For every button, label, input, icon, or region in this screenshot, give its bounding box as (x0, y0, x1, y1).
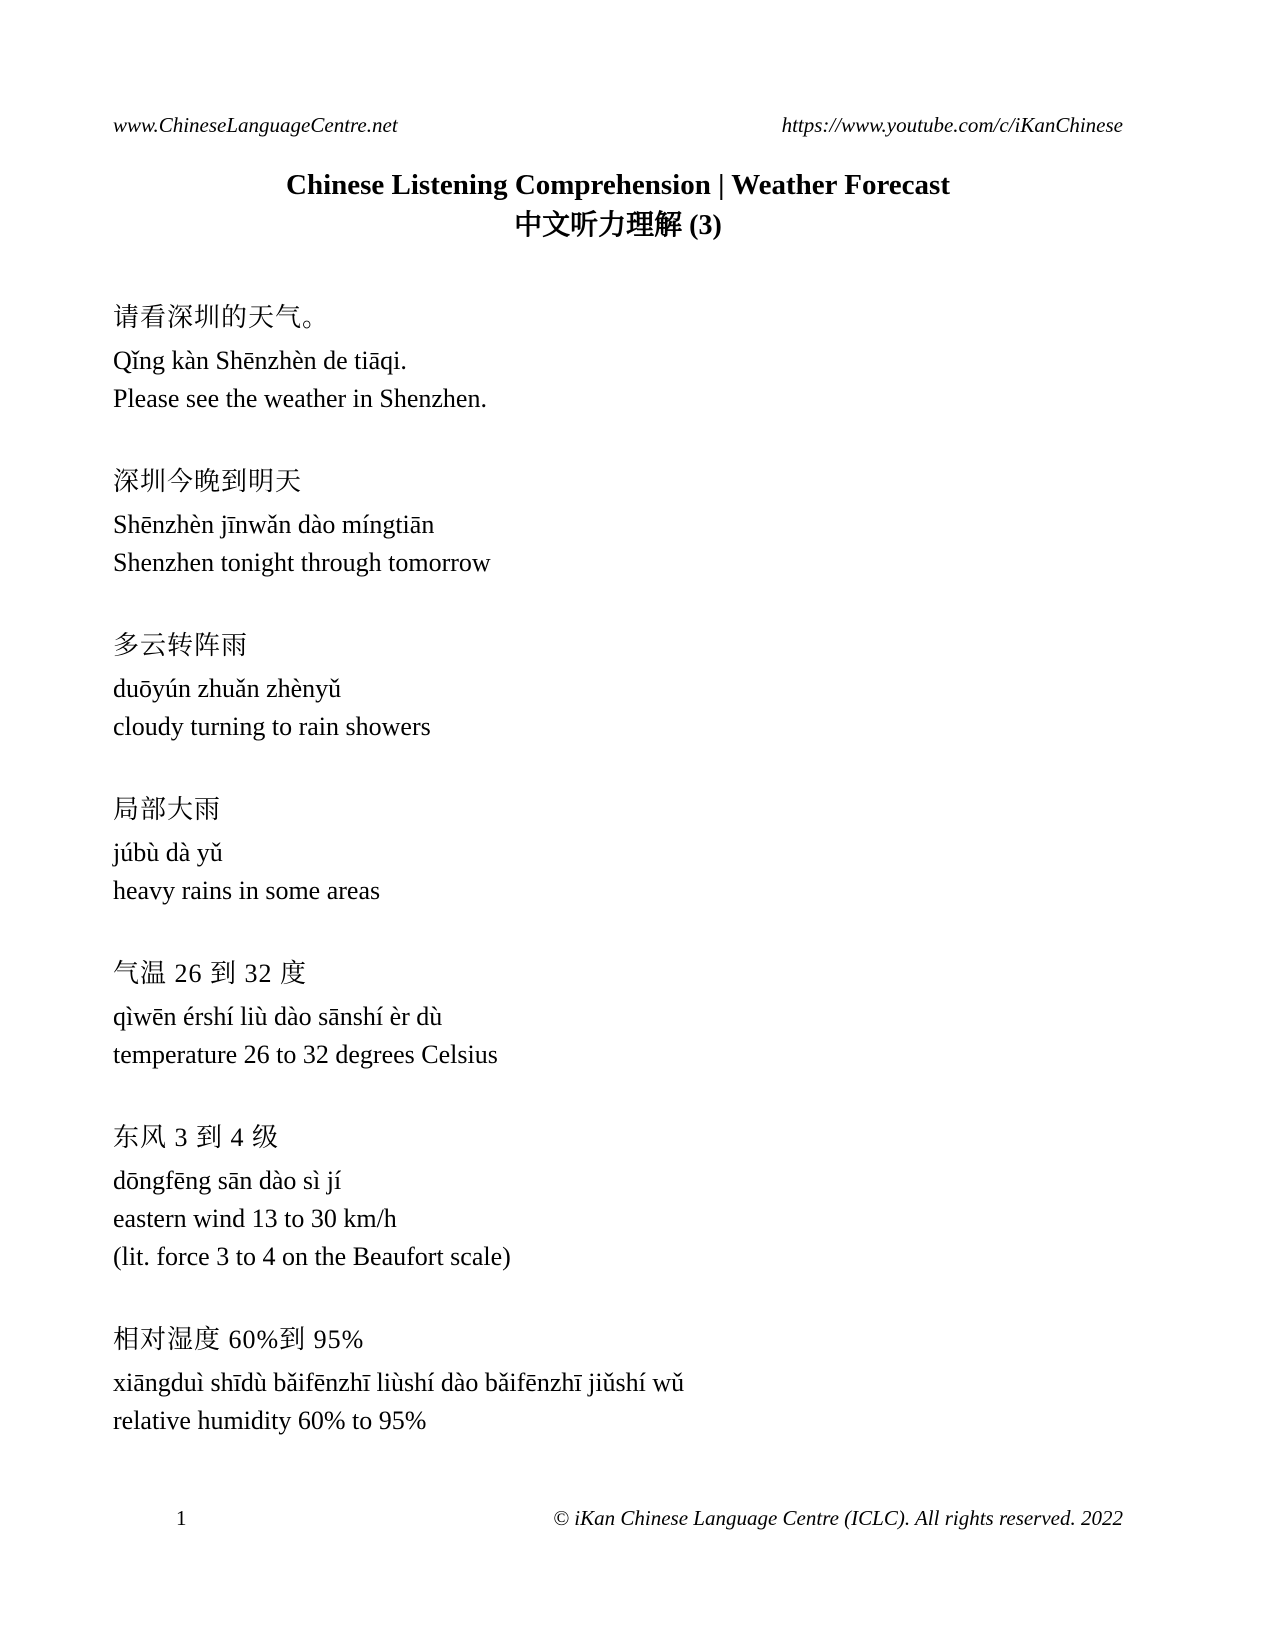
page-number: 1 (176, 1505, 187, 1532)
document-title: Chinese Listening Comprehension | Weathe… (113, 168, 1123, 202)
page-footer: 1 © iKan Chinese Language Centre (ICLC).… (113, 1505, 1123, 1532)
forecast-block-5: 气温 26 到 32 度 qìwēn érshí liù dào sānshí … (113, 949, 1123, 1074)
hanzi-line: 多云转阵雨 (113, 621, 1123, 670)
pinyin-line: Qǐng kàn Shēnzhèn de tiāqi. (113, 342, 1123, 380)
forecast-block-4: 局部大雨 júbù dà yǔ heavy rains in some area… (113, 785, 1123, 910)
pinyin-line: júbù dà yǔ (113, 834, 1123, 872)
english-line: cloudy turning to rain showers (113, 708, 1123, 746)
english-line: relative humidity 60% to 95% (113, 1402, 1123, 1440)
hanzi-line: 局部大雨 (113, 785, 1123, 834)
literal-note-line: (lit. force 3 to 4 on the Beaufort scale… (113, 1238, 1123, 1276)
pinyin-line: duōyún zhuǎn zhènyǔ (113, 670, 1123, 708)
hanzi-line: 请看深圳的天气。 (113, 293, 1123, 342)
header-left-url: www.ChineseLanguageCentre.net (113, 112, 398, 139)
header-right-url: https://www.youtube.com/c/iKanChinese (782, 112, 1123, 139)
forecast-block-6: 东风 3 到 4 级 dōngfēng sān dào sì jí easter… (113, 1113, 1123, 1276)
hanzi-line: 相对湿度 60%到 95% (113, 1315, 1123, 1364)
english-line: Please see the weather in Shenzhen. (113, 380, 1123, 418)
pinyin-line: xiāngduì shīdù bǎifēnzhī liùshí dào bǎif… (113, 1364, 1123, 1402)
pinyin-line: qìwēn érshí liù dào sānshí èr dù (113, 998, 1123, 1036)
copyright-notice: © iKan Chinese Language Centre (ICLC). A… (113, 1505, 1123, 1532)
document-subtitle: 中文听力理解 (3) (113, 208, 1123, 244)
hanzi-line: 东风 3 到 4 级 (113, 1113, 1123, 1162)
forecast-block-1: 请看深圳的天气。 Qǐng kàn Shēnzhèn de tiāqi. Ple… (113, 293, 1123, 418)
hanzi-line: 气温 26 到 32 度 (113, 949, 1123, 998)
english-line: Shenzhen tonight through tomorrow (113, 544, 1123, 582)
pinyin-line: Shēnzhèn jīnwǎn dào míngtiān (113, 506, 1123, 544)
forecast-block-7: 相对湿度 60%到 95% xiāngduì shīdù bǎifēnzhī l… (113, 1315, 1123, 1440)
pinyin-line: dōngfēng sān dào sì jí (113, 1162, 1123, 1200)
document-page: www.ChineseLanguageCentre.net https://ww… (0, 0, 1275, 1651)
forecast-block-2: 深圳今晚到明天 Shēnzhèn jīnwǎn dào míngtiān She… (113, 457, 1123, 582)
page-header: www.ChineseLanguageCentre.net https://ww… (113, 112, 1123, 139)
hanzi-line: 深圳今晚到明天 (113, 457, 1123, 506)
forecast-block-3: 多云转阵雨 duōyún zhuǎn zhènyǔ cloudy turning… (113, 621, 1123, 746)
forecast-content: 请看深圳的天气。 Qǐng kàn Shēnzhèn de tiāqi. Ple… (113, 293, 1123, 1479)
english-line: heavy rains in some areas (113, 872, 1123, 910)
english-line: eastern wind 13 to 30 km/h (113, 1200, 1123, 1238)
english-line: temperature 26 to 32 degrees Celsius (113, 1036, 1123, 1074)
